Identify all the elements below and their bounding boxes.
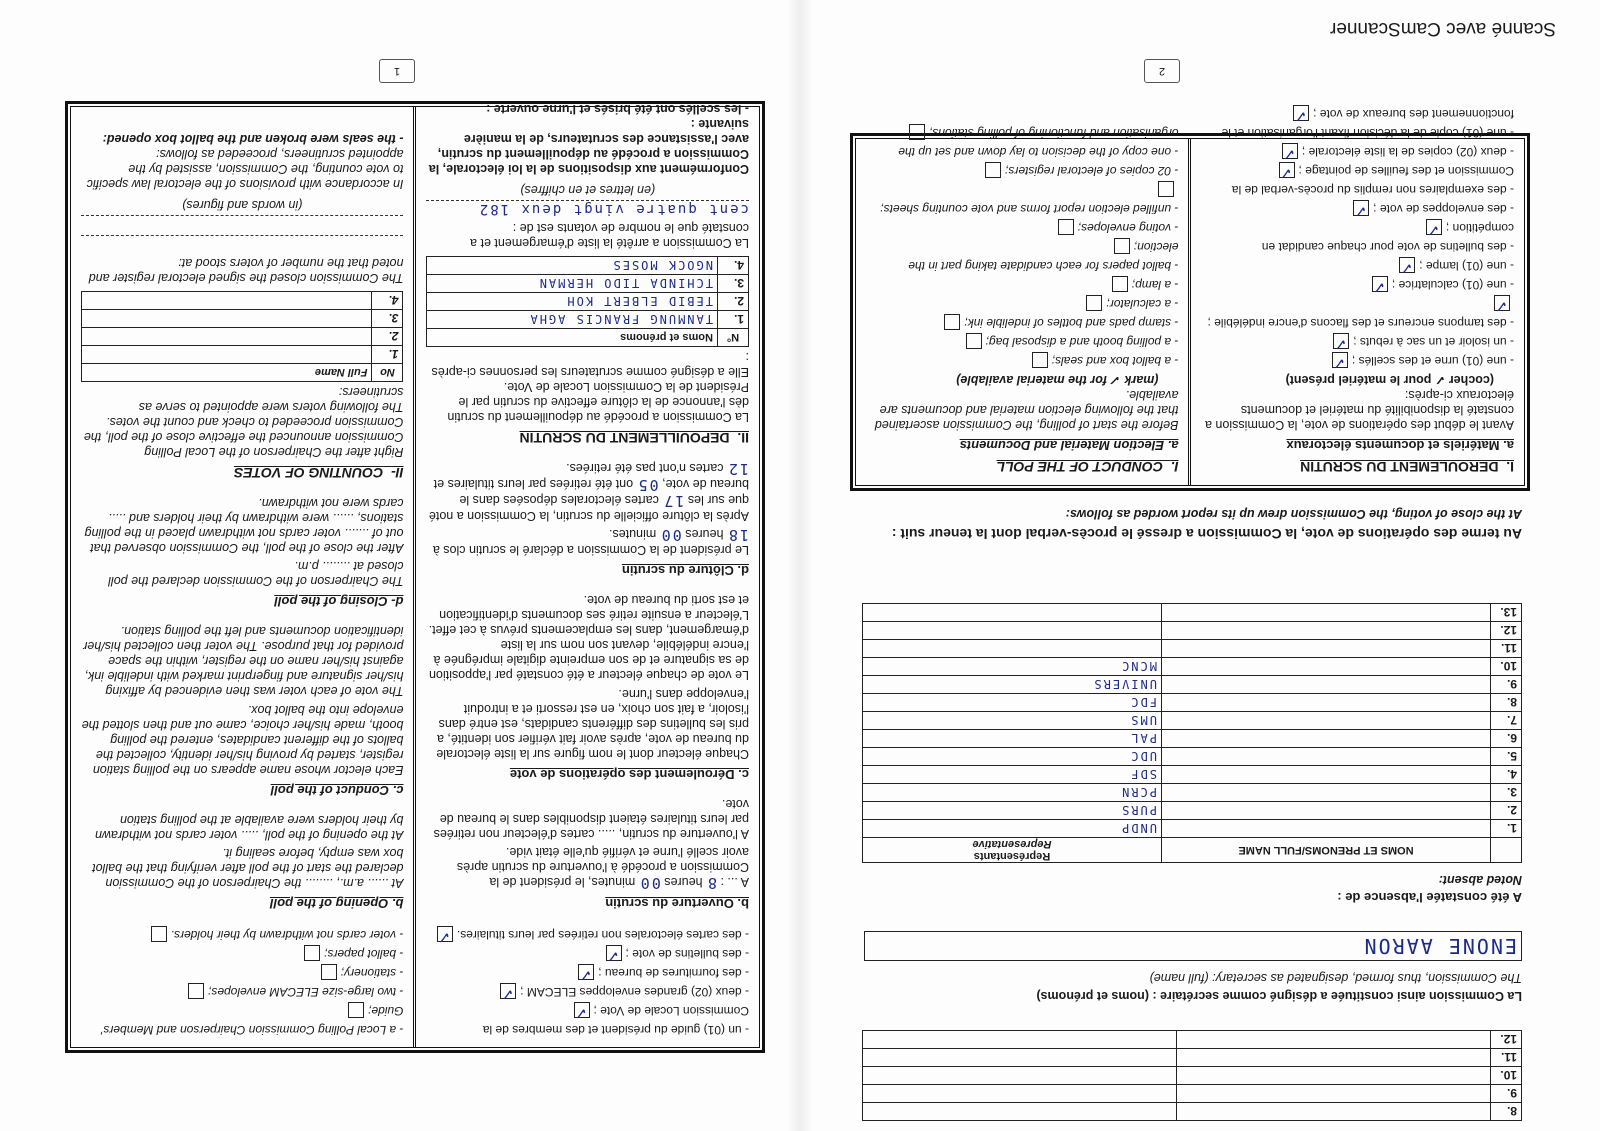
absent-label-en: Noted absent: xyxy=(1439,872,1522,887)
table-row: 13. xyxy=(863,604,1522,622)
cards-deposited: 17 xyxy=(662,492,684,510)
table-row: 1.UNDP xyxy=(863,820,1522,838)
row-number: 3. xyxy=(718,275,749,293)
checklist-item: ballot papers; xyxy=(81,944,404,963)
checklist-item: une (01) urne et des scellés ; xyxy=(1202,351,1515,370)
row-number: 10. xyxy=(1491,1067,1522,1085)
name-cell xyxy=(82,328,373,346)
checklist-item: une (01) copie de la décision fixant l'o… xyxy=(1202,104,1515,142)
sec1-fr-intro: Avant le début des opérations de vote, l… xyxy=(1202,387,1515,432)
name-cell xyxy=(1162,694,1491,712)
checklist-item: des bulletins de vote ; xyxy=(427,944,750,963)
row-number: 4. xyxy=(1491,766,1522,784)
row-number: 2. xyxy=(718,293,749,311)
sec2-en-no: II- xyxy=(391,465,403,481)
rep-cell: FDC xyxy=(863,694,1162,712)
row-number: 3. xyxy=(372,310,403,328)
fr-conduct-text: Chaque électeur dont le nom figure sur l… xyxy=(427,686,750,761)
row-number: 1. xyxy=(1491,820,1522,838)
sec1-en-hint: (mark ✓ for the material available) xyxy=(866,372,1159,387)
rep-cell: PCRN xyxy=(863,784,1162,802)
sec1-en-sub-a: a. Election Material and Documents xyxy=(866,438,1179,453)
rep-cell xyxy=(863,1049,1177,1067)
col-no: No xyxy=(372,364,403,382)
camscanner-watermark: Scanné avec CamScanner xyxy=(1330,17,1556,39)
row-number: 5. xyxy=(1491,748,1522,766)
section-1-frame: I. DEROULEMENT DU SCRUTIN a. Matériels e… xyxy=(850,133,1530,491)
name-cell xyxy=(1162,802,1491,820)
name-cell xyxy=(1162,766,1491,784)
name-cell xyxy=(1162,820,1491,838)
checklist-item: des enveloppes de vote ; xyxy=(1202,199,1515,218)
page-fold xyxy=(785,0,815,1131)
secretary-label-en: The Commission, thus formed, designated … xyxy=(1150,970,1522,985)
secretary-value: ENONE AARON xyxy=(1363,934,1521,958)
checklist-item: 02 copies of electoral registers; xyxy=(866,161,1179,180)
table-row: 2.TEBID ELBERT KOH xyxy=(427,293,749,311)
fr-voters-text: La Commission a arrêté la liste d'émarge… xyxy=(427,220,750,250)
en-scrutineer-intro: The following voters were appointed to s… xyxy=(81,384,404,414)
checkbox-icon[interactable] xyxy=(966,333,982,349)
checklist-item: des bulletins de vote pour chaque candid… xyxy=(1202,218,1515,256)
name-cell: TEBID ELBERT KOH xyxy=(427,293,718,311)
item-label: une (01) copie de la décision fixant l'o… xyxy=(1222,107,1514,140)
fr-seals-text: - les scellés ont été brisés et l'urne o… xyxy=(427,101,750,116)
rep-cell: PURS xyxy=(863,802,1162,820)
en-conduct-text: Each elector whose name appears on the p… xyxy=(81,702,404,777)
checkbox-icon[interactable] xyxy=(1494,295,1510,311)
en-count-intro: Right after the Chairperson of the Local… xyxy=(81,414,404,459)
name-cell xyxy=(1177,1031,1491,1049)
row-number: 12. xyxy=(1491,622,1522,640)
item-label: 02 copies of electoral registers; xyxy=(1005,164,1171,178)
table-row: 6.PAL xyxy=(863,730,1522,748)
rep-cell: SDF xyxy=(863,766,1162,784)
en-sub-c: c. Conduct of the poll xyxy=(81,783,404,798)
item-label: one copy of the decision to lay down and… xyxy=(898,126,1178,159)
table-row: 9. xyxy=(863,1085,1522,1103)
fr-sub-b: b. Ouverture du scrutin xyxy=(427,896,750,911)
page-number: 2 xyxy=(1144,59,1180,83)
name-cell xyxy=(82,292,373,310)
fr-checklist-cont: un (01) guide du président et des membre… xyxy=(427,925,750,1039)
row-number: 1. xyxy=(718,311,749,329)
table-row: 3.PCRN xyxy=(863,784,1522,802)
table-row: 8.FDC xyxy=(863,694,1522,712)
page-number: 1 xyxy=(379,59,415,83)
checkbox-icon[interactable] xyxy=(304,945,320,961)
checklist-item: un isoloir et un sac à rebuts ; xyxy=(1202,332,1515,351)
item-label: des bulletins de vote pour chaque candid… xyxy=(1262,221,1514,254)
fr-closing-text: Le président de la Commission a déclaré … xyxy=(427,526,750,557)
checklist-item: a ballot box and seals; xyxy=(866,351,1179,370)
fr-law-text: Conformément aux dispositions de la loi … xyxy=(427,116,750,176)
sec2-fr-title: DEPOUILLEMENT DU SCRUTIN xyxy=(520,430,730,446)
row-number: 4. xyxy=(718,257,749,275)
checkbox-icon[interactable] xyxy=(1332,352,1348,368)
scanned-document: 8.9.10.11.12. La Commission ainsi consti… xyxy=(0,0,1600,1131)
checkbox-icon[interactable] xyxy=(1058,219,1074,235)
en-opening-text: At ...... a.m., ........ the Chairperson… xyxy=(81,845,404,890)
fr-sub-c: c. Déroulement des opérations de vote xyxy=(427,767,750,782)
rep-cell: PAL xyxy=(863,730,1162,748)
checkbox-icon[interactable] xyxy=(909,124,925,140)
checkbox-icon[interactable] xyxy=(578,964,594,980)
checklist-item: une (01) calculatrice ; xyxy=(1202,275,1515,294)
name-cell xyxy=(82,346,373,364)
row-number: 4. xyxy=(372,292,403,310)
item-label: stamp pads and bottles of indelible ink; xyxy=(964,316,1171,330)
checkbox-icon[interactable] xyxy=(606,945,622,961)
rep-cell: MCNC xyxy=(863,658,1162,676)
checkbox-icon[interactable] xyxy=(1282,143,1298,159)
row-number: 11. xyxy=(1491,640,1522,658)
name-cell xyxy=(1162,784,1491,802)
item-label: des exemplaires non remplis du procès-ve… xyxy=(1232,164,1514,197)
checkbox-icon[interactable] xyxy=(1112,276,1128,292)
en-voters-text: The Commission closed the signed elector… xyxy=(81,255,404,285)
sec1-fr-sub-a: a. Matériels et documents électoraux xyxy=(1202,438,1515,453)
item-label: voter cards not withdrawn by their holde… xyxy=(171,928,396,942)
item-label: unfilled election report forms and vote … xyxy=(880,202,1171,216)
checkbox-icon[interactable] xyxy=(321,964,337,980)
checkbox-icon[interactable] xyxy=(1032,352,1048,368)
opening-hour: 8 xyxy=(706,874,717,892)
row-number: 10. xyxy=(1491,658,1522,676)
table-row: 8. xyxy=(863,1103,1522,1121)
table-row: 9.UNIVERS xyxy=(863,676,1522,694)
table-row: 1.TANMUNG FRANCIS AGHA xyxy=(427,311,749,329)
checkbox-icon[interactable] xyxy=(1086,295,1102,311)
fr-sub-d: d. Clôture du scrutin xyxy=(427,563,750,578)
item-label: un isoloir et un sac à rebuts ; xyxy=(1353,335,1506,349)
name-cell xyxy=(1177,1067,1491,1085)
item-label: deux (02) grandes enveloppes ELECAM ; xyxy=(520,985,741,999)
row-number: 13. xyxy=(1491,604,1522,622)
checklist-item: des tampons encreurs et des flacons d'en… xyxy=(1202,294,1515,332)
table-row: 3. xyxy=(82,310,404,328)
row-number: 8. xyxy=(1491,1103,1522,1121)
secretary-label-fr: La Commission ainsi constituée a désigné… xyxy=(1036,988,1522,1003)
item-label: des fournitures de bureau ; xyxy=(598,966,741,980)
checkbox-icon[interactable] xyxy=(1114,238,1130,254)
closing-statement-en: At the close of voting, the Commission d… xyxy=(1066,506,1522,521)
name-cell xyxy=(1162,748,1491,766)
item-label: des cartes électorales non retirées par … xyxy=(457,928,742,942)
checklist-item: one copy of the decision to lay down and… xyxy=(866,123,1179,161)
checklist-item: deux (02) grandes enveloppes ELECAM ; xyxy=(427,982,750,1001)
item-label: une (01) lampe ; xyxy=(1419,259,1506,273)
row-number: 12. xyxy=(1491,1031,1522,1049)
col-rep-en: Representative xyxy=(867,838,1157,850)
col-name: Noms et prénoms xyxy=(427,329,718,347)
row-number: 1. xyxy=(372,346,403,364)
rep-cell xyxy=(863,1067,1177,1085)
checkbox-icon[interactable] xyxy=(437,926,453,942)
name-cell xyxy=(1177,1085,1491,1103)
checklist-item: a Local Polling Commission Chairperson a… xyxy=(81,1001,404,1039)
checkbox-icon[interactable] xyxy=(1293,105,1309,121)
row-number: 11. xyxy=(1491,1049,1522,1067)
name-cell: TCHINDA TIDO HERMAN xyxy=(427,275,718,293)
item-label: two large-size ELECAM envelopes; xyxy=(208,985,396,999)
checklist-item: unfilled election report forms and vote … xyxy=(866,180,1179,218)
checkbox-icon[interactable] xyxy=(1372,276,1388,292)
closing-min: 00 xyxy=(660,526,682,544)
checklist-item: voting envelopes; xyxy=(866,218,1179,237)
item-label: a ballot box and seals; xyxy=(1052,354,1171,368)
table-row: 11. xyxy=(863,1049,1522,1067)
checklist-item: deux (02) copies de la liste électorale … xyxy=(1202,142,1515,161)
rep-cell xyxy=(863,622,1162,640)
page-2-frame: un (01) guide du président et des membre… xyxy=(65,101,765,1053)
name-cell xyxy=(1162,712,1491,730)
rep-cell xyxy=(863,1103,1177,1121)
table-row: 4.NGOCK MOSES xyxy=(427,257,749,275)
checklist-item: stationery; xyxy=(81,963,404,982)
en-cards-text: After the close of the poll, the Commiss… xyxy=(81,495,404,555)
checklist-item: a polling booth and a disposal bag; xyxy=(866,332,1179,351)
checklist-item: des fournitures de bureau ; xyxy=(427,963,750,982)
en-closing-text: The Chairperson of the Commission declar… xyxy=(81,558,404,588)
fr-conduct-text2: Le vote de chaque électeur a été constat… xyxy=(427,592,750,682)
checkbox-icon[interactable] xyxy=(151,926,167,942)
item-label: voting envelopes; xyxy=(1078,221,1171,235)
fr-opening-cards: A l'ouverture du scrutin, ..... cartes d… xyxy=(427,796,750,841)
table-row: 4.SDF xyxy=(863,766,1522,784)
cards-withdrawn: 05 xyxy=(637,476,659,494)
row-number: 8. xyxy=(1491,694,1522,712)
rep-cell: UNIVERS xyxy=(863,676,1162,694)
sec1-en-no: I. xyxy=(1171,459,1179,475)
item-label: a lamp; xyxy=(1132,278,1171,292)
name-cell xyxy=(1162,640,1491,658)
fr-scrutineer-table: N°Noms et prénoms 1.TANMUNG FRANCIS AGHA… xyxy=(427,256,750,347)
checklist-item: un (01) guide du président et des membre… xyxy=(427,1001,750,1039)
en-voters-line-2 xyxy=(81,215,404,232)
table-row: 2.PURS xyxy=(863,802,1522,820)
item-label: des bulletins de vote ; xyxy=(626,947,742,961)
item-label: une (01) calculatrice ; xyxy=(1392,278,1507,292)
checkbox-icon[interactable] xyxy=(1333,333,1349,349)
table-row: 10.MCNC xyxy=(863,658,1522,676)
en-seals-text: - the seals were broken and the ballot b… xyxy=(81,131,404,146)
sec1-fr-no: I. xyxy=(1506,459,1514,475)
checkbox-icon[interactable] xyxy=(985,162,1001,178)
opening-min: 00 xyxy=(639,874,661,892)
rep-cell: UMS xyxy=(863,712,1162,730)
fr-opening-text: A ... : 8 heures 00 minutes, le présiden… xyxy=(427,844,750,890)
sec2-fr-no: II. xyxy=(737,430,749,446)
closing-statement-fr: Au terme des opérations de vote, la Comm… xyxy=(892,526,1522,541)
sec1-en-intro: Before the start of polling, the Commiss… xyxy=(866,387,1179,432)
fr-scrutineer-intro: Elle a désigné comme scrutateurs les per… xyxy=(427,349,750,379)
page-2-en: a Local Polling Commission Chairperson a… xyxy=(71,107,417,1047)
item-label: a calculator; xyxy=(1106,297,1171,311)
name-cell xyxy=(1162,730,1491,748)
name-cell: TANMUNG FRANCIS AGHA xyxy=(427,311,718,329)
fr-checklist: une (01) urne et des scellés ;un isoloir… xyxy=(1202,104,1515,370)
en-voters-hint: (in words and figures) xyxy=(81,197,404,212)
row-number: 2. xyxy=(1491,802,1522,820)
closing-hour: 18 xyxy=(727,526,749,544)
sec1-fr-title: DEROULEMENT DU SCRUTIN xyxy=(1300,459,1498,475)
checklist-item: ballot papers for each candidate taking … xyxy=(866,237,1179,275)
absent-label-fr: A été constatée l'absence de : xyxy=(1337,890,1522,905)
checkbox-icon[interactable] xyxy=(1159,181,1175,197)
name-cell xyxy=(1177,1049,1491,1067)
name-cell xyxy=(1162,604,1491,622)
en-scrutineer-table: NoFull Name 1.2.3.4. xyxy=(81,291,404,382)
fr-count-intro: La Commission a procédé au dépouillement… xyxy=(427,379,750,424)
section-1-en: I. CONDUCT OF THE POLL a. Election Mater… xyxy=(856,139,1192,485)
checklist-item: des cartes électorales non retirées par … xyxy=(427,925,750,944)
sec1-fr-hint: (cocher ✓ pour le matériel présent) xyxy=(1202,372,1495,387)
item-label: deux (02) copies de la liste électorale … xyxy=(1302,145,1507,159)
col-name: Full Name xyxy=(82,364,373,382)
item-label: ballot papers; xyxy=(324,947,396,961)
checklist-item: des exemplaires non remplis du procès-ve… xyxy=(1202,161,1515,199)
table-row: 10. xyxy=(863,1067,1522,1085)
rep-cell xyxy=(863,1031,1177,1049)
checkbox-icon[interactable] xyxy=(1399,257,1415,273)
cards-not-withdrawn: 12 xyxy=(727,460,749,478)
sec2-en-title: COUNTING OF VOTES xyxy=(234,465,383,481)
name-cell xyxy=(1177,1103,1491,1121)
item-label: une (01) urne et des scellés ; xyxy=(1352,354,1507,368)
checkbox-icon[interactable] xyxy=(348,1002,364,1018)
checkbox-icon[interactable] xyxy=(574,1002,590,1018)
rep-cell: UDC xyxy=(863,748,1162,766)
section-1-fr: I. DEROULEMENT DU SCRUTIN a. Matériels e… xyxy=(1192,139,1525,485)
table-row: 7.UMS xyxy=(863,712,1522,730)
table-row: 4. xyxy=(82,292,404,310)
table-row: 3.TCHINDA TIDO HERMAN xyxy=(427,275,749,293)
checkbox-icon[interactable] xyxy=(944,314,960,330)
col-rep-fr: Représentants xyxy=(867,850,1157,862)
checkbox-icon[interactable] xyxy=(500,983,516,999)
page-2-fr: un (01) guide du président et des membre… xyxy=(417,107,760,1047)
row-number: 6. xyxy=(1491,730,1522,748)
voters-value: cent quatre vingt deux 182 xyxy=(427,200,750,217)
members-table: 8.9.10.11.12. xyxy=(862,1030,1522,1121)
item-label: un (01) guide du président et des membre… xyxy=(483,1004,749,1037)
checkbox-icon[interactable] xyxy=(1279,162,1295,178)
item-label: ballot papers for each candidate taking … xyxy=(908,240,1178,273)
en-law-text: In accordance with provisions of the ele… xyxy=(81,146,404,191)
item-label: a polling booth and a disposal bag; xyxy=(986,335,1171,349)
rep-cell xyxy=(863,1085,1177,1103)
checklist-item: stamp pads and bottles of indelible ink; xyxy=(866,313,1179,332)
en-checklist-cont: a Local Polling Commission Chairperson a… xyxy=(81,925,404,1039)
checklist-item: voter cards not withdrawn by their holde… xyxy=(81,925,404,944)
en-checklist: a ballot box and seals;a polling booth a… xyxy=(866,123,1179,370)
checkbox-icon[interactable] xyxy=(188,983,204,999)
name-cell xyxy=(1162,676,1491,694)
checklist-item: une (01) lampe ; xyxy=(1202,256,1515,275)
table-row: 2. xyxy=(82,328,404,346)
rep-cell: UNDP xyxy=(863,820,1162,838)
item-label: des enveloppes de vote ; xyxy=(1373,202,1506,216)
item-label: des tampons encreurs et des flacons d'en… xyxy=(1208,316,1507,330)
fr-voters-hint: (en lettres et en chiffres) xyxy=(427,182,750,197)
col-representative: Représentants Representative xyxy=(863,838,1162,863)
table-row: 12. xyxy=(863,622,1522,640)
row-number: 9. xyxy=(1491,1085,1522,1103)
name-cell: NGOCK MOSES xyxy=(427,257,718,275)
fr-cards-text: Après la clôture officielle du scrutin, … xyxy=(427,460,750,523)
page-1: 8.9.10.11.12. La Commission ainsi consti… xyxy=(850,0,1550,1131)
name-cell xyxy=(1162,658,1491,676)
checklist-item: a calculator; xyxy=(866,294,1179,313)
rep-cell xyxy=(863,604,1162,622)
absent-table: NOMS ET PRENOMS/FULL NAME Représentants … xyxy=(862,603,1522,863)
table-row: 1. xyxy=(82,346,404,364)
name-cell xyxy=(82,310,373,328)
checkbox-icon[interactable] xyxy=(1426,219,1442,235)
row-number: 9. xyxy=(1491,676,1522,694)
checklist-item: two large-size ELECAM envelopes; xyxy=(81,982,404,1001)
en-conduct-text2: The vote of each voter was then evidence… xyxy=(81,623,404,698)
rep-cell xyxy=(863,640,1162,658)
item-label: stationery; xyxy=(341,966,396,980)
table-row: 12. xyxy=(863,1031,1522,1049)
row-number: 2. xyxy=(372,328,403,346)
checklist-item: a lamp; xyxy=(866,275,1179,294)
en-sub-d: d- Closing of the poll xyxy=(81,594,404,609)
col-no: N° xyxy=(718,329,749,347)
sec1-en-title: CONDUCT OF THE POLL xyxy=(997,459,1163,475)
page-2: un (01) guide du président et des membre… xyxy=(45,0,765,1131)
en-sub-b: b. Opening of the poll xyxy=(81,896,404,911)
table-row: 5.UDC xyxy=(863,748,1522,766)
row-number: 7. xyxy=(1491,712,1522,730)
col-no xyxy=(1491,838,1522,863)
table-row: 11. xyxy=(863,640,1522,658)
col-fullname: NOMS ET PRENOMS/FULL NAME xyxy=(1162,838,1491,863)
checkbox-icon[interactable] xyxy=(1353,200,1369,216)
en-opening-cards: At the opening of the poll, ..... voter … xyxy=(81,812,404,842)
en-voters-line xyxy=(81,235,404,252)
row-number: 3. xyxy=(1491,784,1522,802)
secretary-field: ENONE AARON xyxy=(864,931,1522,961)
name-cell xyxy=(1162,622,1491,640)
